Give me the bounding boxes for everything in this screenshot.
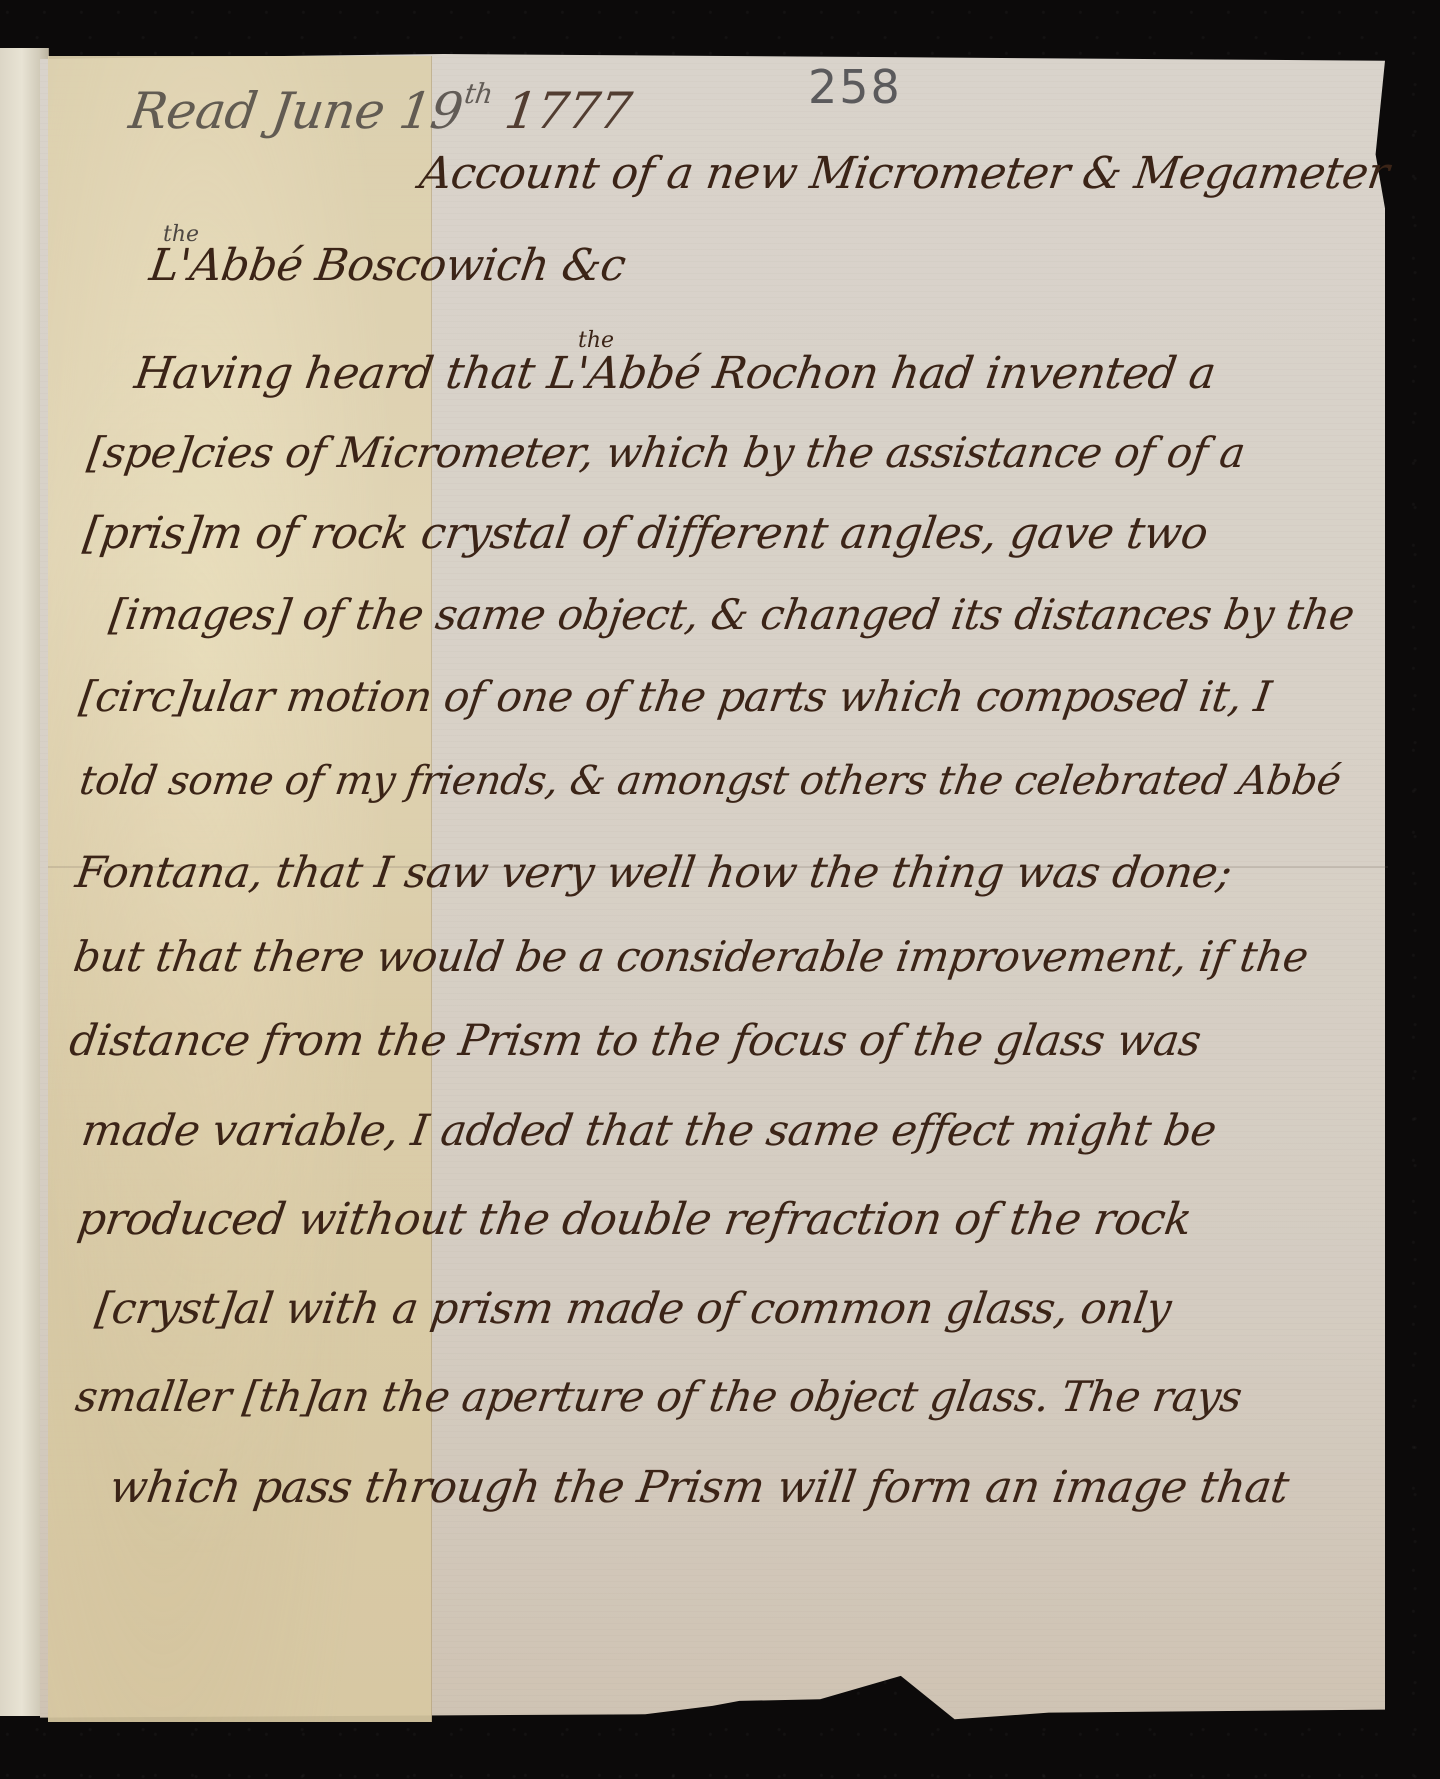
body-line-6: told some of my friends, & amongst other…: [77, 758, 1344, 804]
author-line: L'Abbé Boscowich &c: [146, 240, 628, 291]
docket-superscript: th: [462, 78, 494, 110]
body-line-10: made variable, I added that the same eff…: [78, 1106, 1219, 1156]
body-line-3: [pris]m of rock crystal of different ang…: [80, 508, 1210, 559]
folio-number: 258: [808, 60, 902, 114]
body-line-12: [cryst]al with a prism made of common gl…: [92, 1284, 1174, 1334]
body-line-4: [images] of the same object, & changed i…: [107, 590, 1358, 639]
body-line-14: which pass through the Prism will form a…: [106, 1462, 1291, 1513]
body-line-2: [spe]cies of Micrometer, which by the as…: [85, 428, 1248, 477]
body-line-9: distance from the Prism to the focus of …: [66, 1016, 1203, 1066]
document-title: Account of a new Micrometer & Megameter: [416, 148, 1392, 199]
body-line-5: [circ]ular motion of one of the parts wh…: [77, 672, 1275, 721]
body-line-13: smaller [th]an the aperture of the objec…: [73, 1372, 1245, 1421]
body-line-11: produced without the double refraction o…: [74, 1194, 1194, 1245]
body-line-1: Having heard that L'Abbé Rochon had inve…: [131, 348, 1218, 399]
docket-year: 1777: [501, 82, 634, 140]
body-line-7: Fontana, that I saw very well how the th…: [72, 848, 1234, 898]
docket-line: Read June 19th 1777: [126, 78, 636, 140]
body-line-8: but that there would be a considerable i…: [71, 932, 1311, 981]
docket-text: Read June 19: [126, 82, 467, 140]
